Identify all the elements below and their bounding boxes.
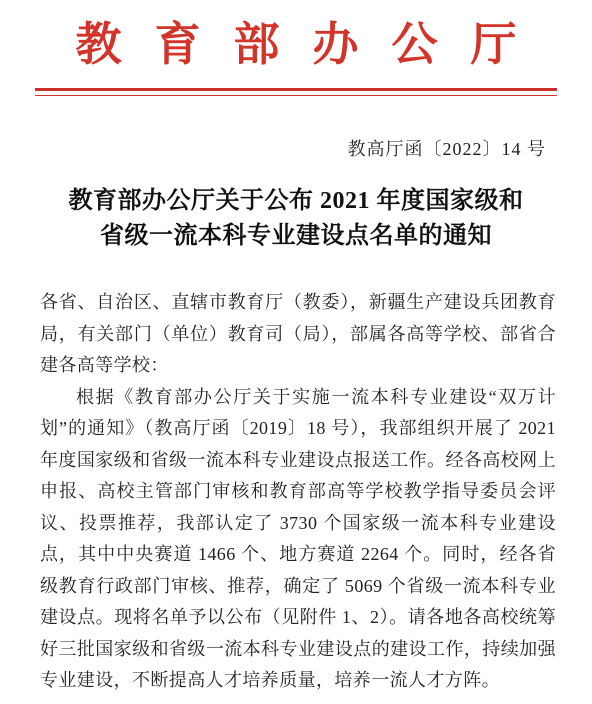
body-paragraph: 根据《教育部办公厅关于实施一流本科专业建设“双万计划”的通知》（教高厅函〔201…	[40, 382, 556, 697]
title-line-2: 省级一流本科专业建设点名单的通知	[0, 219, 592, 254]
document-title: 教育部办公厅关于公布 2021 年度国家级和 省级一流本科专业建设点名单的通知	[0, 184, 592, 254]
letterhead-rules	[35, 88, 557, 96]
letterhead-rule-thin	[35, 95, 557, 96]
document-body: 各省、自治区、直辖市教育厅（教委），新疆生产建设兵团教育局，有关部门（单位）教育…	[0, 287, 592, 697]
document-page: 教育部办公厅 教高厅函〔2022〕14 号 教育部办公厅关于公布 2021 年度…	[0, 0, 592, 704]
agency-letterhead: 教育部办公厅	[0, 0, 592, 72]
letterhead-rule-thick	[35, 88, 557, 91]
doc-number: 教高厅函〔2022〕14 号	[0, 138, 592, 160]
title-line-1: 教育部办公厅关于公布 2021 年度国家级和	[0, 184, 592, 219]
salutation-paragraph: 各省、自治区、直辖市教育厅（教委），新疆生产建设兵团教育局，有关部门（单位）教育…	[40, 287, 556, 382]
agency-name: 教育部办公厅	[76, 19, 550, 70]
